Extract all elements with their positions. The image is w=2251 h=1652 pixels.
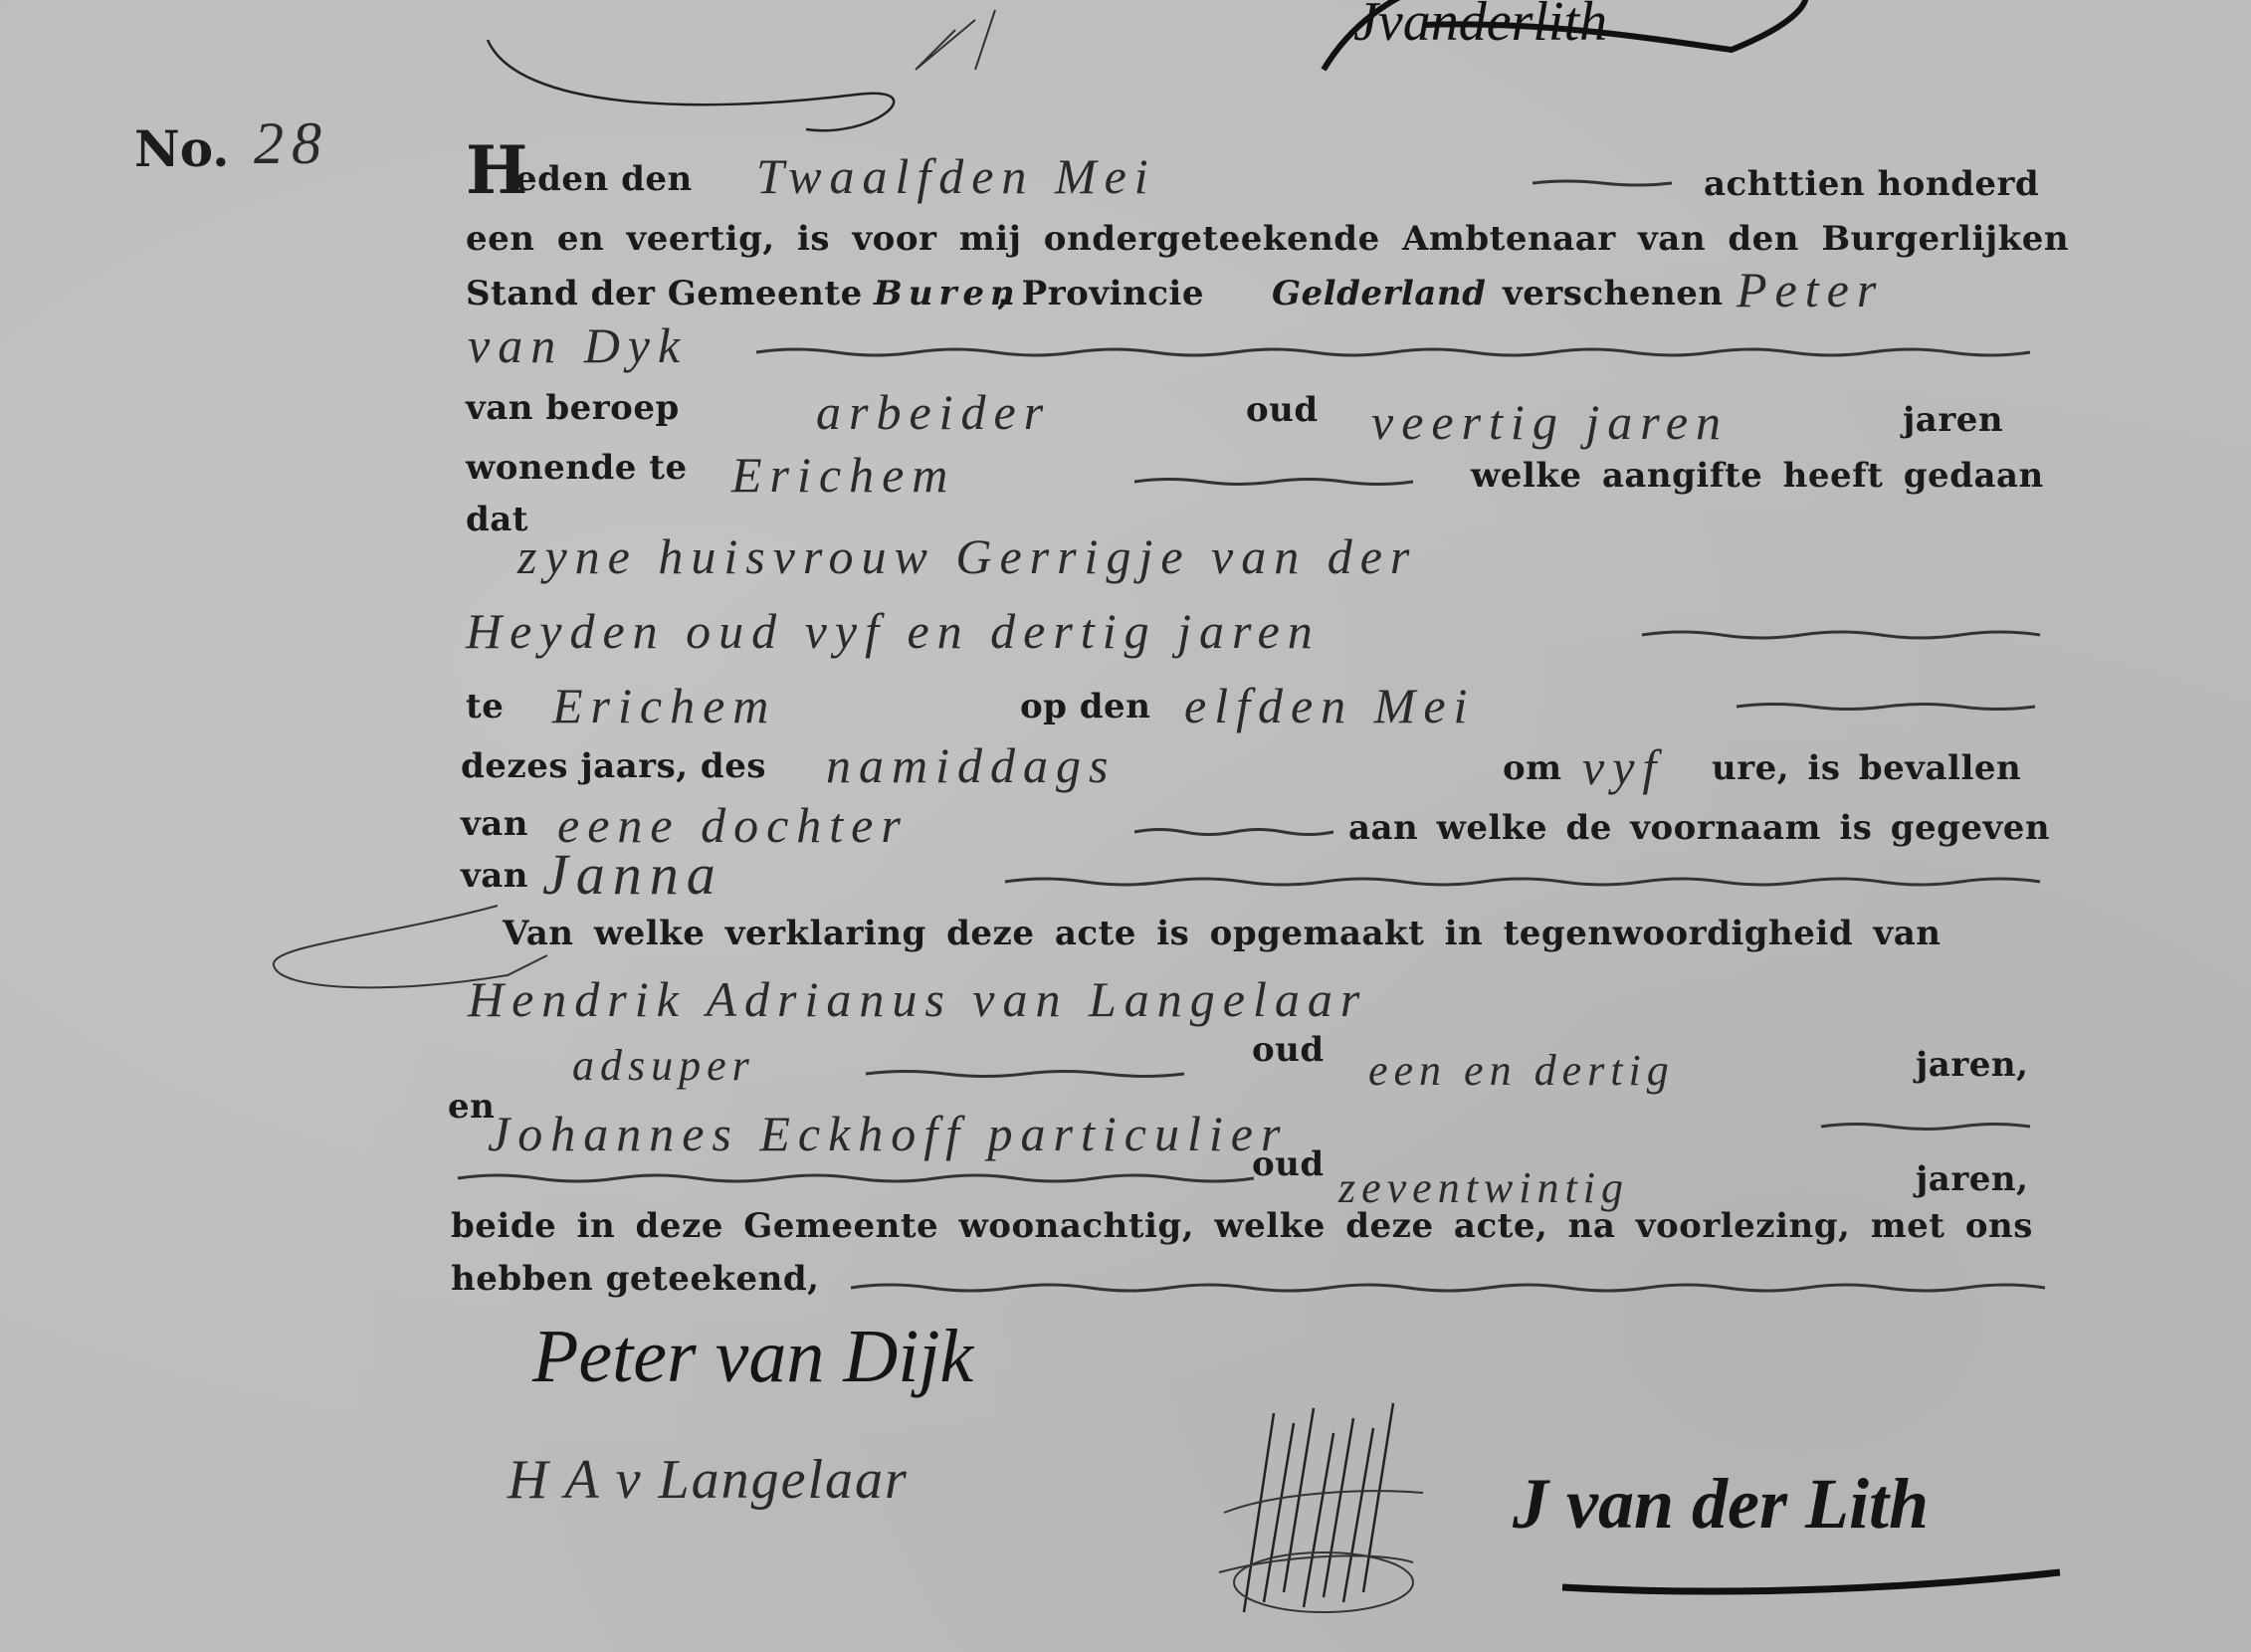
hand-hour: vyf — [1582, 738, 1664, 796]
hand-birth-date: elfden Mei — [1184, 677, 1475, 734]
printed-van-beroep: van beroep — [466, 388, 680, 428]
signature-registrar: J van der Lith — [1513, 1463, 1929, 1546]
fill-line — [1642, 629, 2030, 641]
fill-line — [1533, 179, 1672, 189]
hand-birth-place: Erichem — [552, 677, 776, 734]
printed-om: om — [1503, 748, 1562, 788]
signature-witness-1: H A v Langelaar — [508, 1448, 909, 1512]
fill-line — [1134, 828, 1333, 838]
hand-mother-line-1: zyne huisvrouw Gerrigje van der — [517, 527, 1417, 585]
record-number-label: No. — [134, 119, 230, 178]
printed-oud-2: oud — [1252, 1030, 1325, 1070]
printed-oud-3: oud — [1252, 1144, 1325, 1184]
printed-voornaam-gegeven: aan welke de voornaam is gegeven — [1348, 808, 2050, 848]
printed-jaren-2: jaren, — [1916, 1045, 2028, 1085]
hand-time-of-day: namiddags — [826, 736, 1116, 794]
fill-line — [1134, 478, 1413, 488]
hand-witness-1-occupation: adsuper — [572, 1040, 755, 1091]
printed-achttien-honderd: achttien honderd — [1704, 164, 2039, 204]
printed-verklaring: Van welke verklaring deze acte is opgema… — [503, 914, 1941, 953]
fill-line — [1737, 703, 2035, 713]
printed-verschenen: verschenen — [1503, 274, 1724, 313]
fill-line — [866, 1070, 1194, 1080]
hand-occupation: arbeider — [816, 383, 1051, 441]
hand-father-surname: van Dyk — [468, 316, 688, 374]
signature-registrar-underline — [1542, 1562, 2100, 1602]
printed-stand-der-gemeente: Stand der Gemeente — [466, 274, 863, 313]
printed-jaren-3: jaren, — [1916, 1159, 2028, 1199]
birth-certificate-page: Jvanderlith No. 28 H eden den Twaalfden … — [0, 0, 2251, 1652]
printed-te: te — [466, 687, 504, 726]
signature-witness-2-scribble — [1214, 1393, 1433, 1632]
printed-oud: oud — [1246, 390, 1319, 430]
printed-op-den: op den — [1020, 687, 1150, 726]
svg-text:Jvanderlith: Jvanderlith — [1353, 0, 1607, 53]
printed-beide-woonachtig: beide in deze Gemeente woonachtig, welke… — [451, 1206, 2033, 1246]
printed-line-2: een en veertig, is voor mij ondergeteeke… — [466, 219, 2069, 259]
hand-witness-1-age: een en dertig — [1368, 1045, 1675, 1096]
record-number: 28 — [254, 109, 329, 178]
fill-line — [756, 346, 2040, 360]
fill-line — [851, 1282, 2035, 1296]
printed-hebben-geteekend: hebben geteekend, — [451, 1259, 819, 1299]
hand-witness-1-name: Hendrik Adrianus van Langelaar — [468, 970, 1367, 1028]
fill-line — [458, 1172, 1244, 1186]
hand-witness-2-name: Johannes Eckhoff particulier — [488, 1105, 1288, 1162]
signature-father: Peter van Dijk — [532, 1314, 973, 1400]
fill-line — [1005, 876, 2030, 890]
hand-residence: Erichem — [731, 446, 955, 504]
printed-welke-aangifte: welke aangifte heeft gedaan — [1471, 456, 2044, 496]
hand-father-first-name: Peter — [1737, 261, 1884, 318]
printed-jaren: jaren — [1903, 400, 2003, 440]
hand-day: Twaalfden Mei — [756, 147, 1156, 205]
printed-provincie: , Provincie — [997, 274, 1204, 313]
fill-line — [1821, 1123, 2030, 1133]
top-flourish: Jvanderlith — [0, 0, 2251, 159]
printed-heden-den: eden den — [515, 159, 693, 199]
printed-ure-bevallen: ure, is bevallen — [1712, 748, 2021, 788]
printed-wonende-te: wonende te — [466, 448, 688, 488]
hand-mother-line-2: Heyden oud vyf en dertig jaren — [466, 602, 1321, 660]
printed-van-2: van — [461, 856, 528, 896]
hand-age-father: veertig jaren — [1371, 393, 1729, 451]
printed-dezes-jaars: dezes jaars, des — [461, 746, 766, 786]
hand-child-first-name: Janna — [542, 841, 723, 908]
province: Gelderland — [1272, 274, 1486, 313]
printed-van: van — [461, 804, 528, 844]
